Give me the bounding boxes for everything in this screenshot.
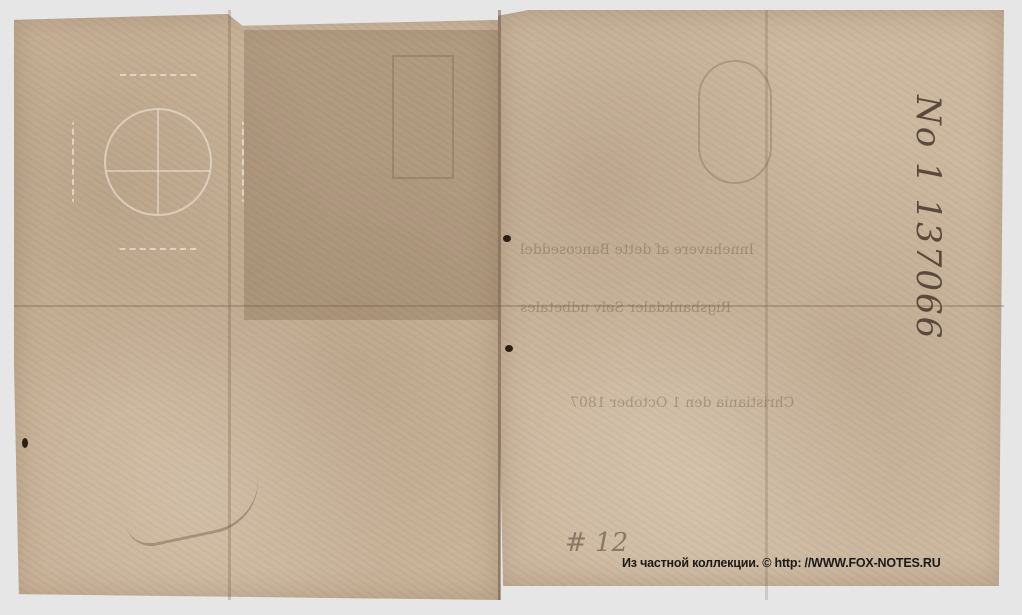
- bleed-through-text-line: Rigsbankdaler Sølv udbetales: [520, 300, 731, 316]
- ink-mark: [503, 235, 511, 242]
- pencil-annotation: # 12: [565, 528, 628, 558]
- faded-oval-stamp: [698, 60, 772, 184]
- crowned-shield-icon: [104, 108, 212, 216]
- ink-smudge: [120, 470, 268, 551]
- ink-mark: [22, 438, 28, 448]
- watermark-caption: Из частной коллекции. © http: //WWW.FOX-…: [622, 556, 941, 570]
- handwritten-serial-number: No 1 137066: [908, 95, 948, 340]
- bleed-through-text-line: Innehavere af dette Bancoseddel: [520, 242, 754, 258]
- ink-mark: [505, 345, 513, 352]
- stained-panel: [244, 30, 514, 320]
- faded-rect-stamp: [392, 55, 454, 179]
- banknote-photo: Innehavere af dette Bancoseddel Rigsbank…: [0, 0, 1022, 615]
- bleed-through-text-line: Christiania den 1 October 1807: [570, 395, 794, 411]
- horizontal-fold: [14, 305, 1004, 307]
- embossed-coat-of-arms-seal: [72, 74, 244, 250]
